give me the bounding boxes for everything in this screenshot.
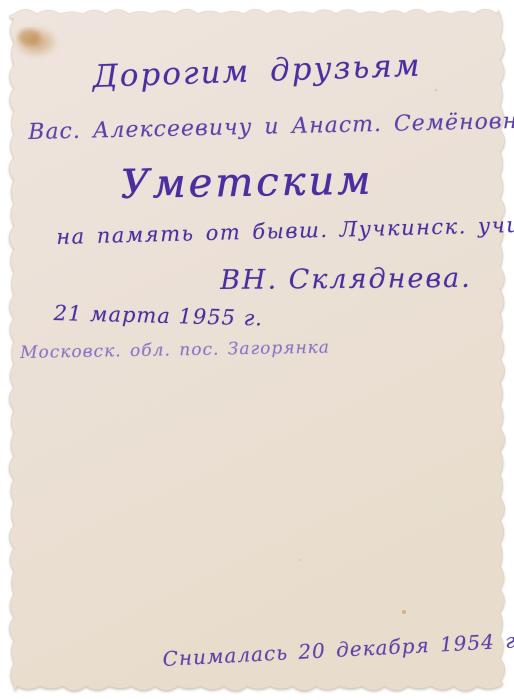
- scanned-photo-back: Дорогим друзьям Вас. Алексеевичу и Анаст…: [0, 0, 514, 700]
- signature-line: ВН. Скляднева.: [220, 264, 472, 296]
- corner-stain-core: [18, 29, 40, 45]
- paper-speck: [435, 89, 438, 92]
- paper-speck: [402, 610, 406, 614]
- surname-line: Уметским: [120, 159, 374, 207]
- paper-speck: [299, 559, 301, 561]
